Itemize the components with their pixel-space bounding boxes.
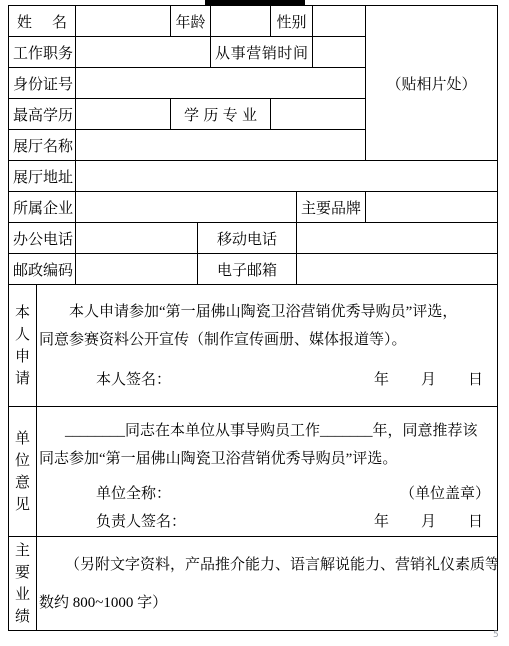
age-input[interactable] xyxy=(211,6,271,37)
unit-date-fields: 年 月 日 xyxy=(374,508,483,536)
application-form-page: 姓 名 年龄 性别 （贴相片处） 工作职务 从事营销时间 身份证号 最高学历 xyxy=(0,0,509,646)
showroom-address-input[interactable] xyxy=(76,161,498,192)
showroom-address-label: 展厅地址 xyxy=(9,161,76,192)
postal-code-input[interactable] xyxy=(76,254,198,285)
year-label[interactable]: 年 xyxy=(374,508,389,536)
manager-signature-label[interactable]: 负责人签名： xyxy=(96,508,186,536)
main-brands-label: 主要品牌 xyxy=(297,192,366,223)
major-input[interactable] xyxy=(271,99,366,130)
day-label[interactable]: 日 xyxy=(468,508,483,536)
id-number-label: 身份证号 xyxy=(9,68,76,99)
email-label: 电子邮箱 xyxy=(198,254,297,285)
unit-seal-label: （单位盖章） xyxy=(400,480,490,508)
job-title-label: 工作职务 xyxy=(9,37,76,68)
achievements-section-content[interactable]: （另附文字资料，产品推介能力、语言解说能力、营销礼仪素质等，字 数约 800~1… xyxy=(37,537,498,631)
email-input[interactable] xyxy=(297,254,498,285)
name-input[interactable] xyxy=(76,6,171,37)
gender-input[interactable] xyxy=(313,6,366,37)
personal-info-table: 姓 名 年龄 性别 （贴相片处） 工作职务 从事营销时间 身份证号 最高学历 xyxy=(8,5,498,285)
company-input[interactable] xyxy=(76,192,297,223)
row-phones: 办公电话 移动电话 xyxy=(9,223,498,254)
achievements-section-label: 主要业绩 xyxy=(9,537,37,631)
section-achievements: 主要业绩 （另附文字资料，产品推介能力、语言解说能力、营销礼仪素质等，字 数约 … xyxy=(9,537,498,631)
gender-label: 性别 xyxy=(271,6,313,37)
sections-table: 本人申请 本人申请参加“第一届佛山陶瓷卫浴营销优秀导购员”评选， 同意参赛资料公… xyxy=(8,284,498,631)
month-label[interactable]: 月 xyxy=(421,508,436,536)
job-title-input[interactable] xyxy=(76,37,211,68)
unit-section-label: 单位意见 xyxy=(9,407,37,537)
month-label[interactable]: 月 xyxy=(421,366,436,394)
day-label[interactable]: 日 xyxy=(468,366,483,394)
unit-statement-line1: ________同志在本单位从事导购员工作_______年，同意推荐该 xyxy=(39,407,495,445)
applicant-date-fields: 年 月 日 xyxy=(374,366,483,394)
unit-name-row: 单位全称： （单位盖章） xyxy=(39,480,495,508)
name-label: 姓 名 xyxy=(9,6,76,37)
id-number-input[interactable] xyxy=(76,68,366,99)
unit-manager-signature-row: 负责人签名： 年 月 日 xyxy=(39,508,495,536)
postal-code-label: 邮政编码 xyxy=(9,254,76,285)
mobile-phone-input[interactable] xyxy=(297,223,498,254)
major-label: 学历专业 xyxy=(171,99,271,130)
photo-area[interactable]: （贴相片处） xyxy=(366,6,498,161)
showroom-name-label: 展厅名称 xyxy=(9,130,76,161)
row-showroom-address: 展厅地址 xyxy=(9,161,498,192)
applicant-statement-line1: 本人申请参加“第一届佛山陶瓷卫浴营销优秀导购员”评选， xyxy=(39,285,495,326)
applicant-section-label: 本人申请 xyxy=(9,285,37,407)
education-label: 最高学历 xyxy=(9,99,76,130)
form-tables: 姓 名 年龄 性别 （贴相片处） 工作职务 从事营销时间 身份证号 最高学历 xyxy=(8,5,497,631)
main-brands-input[interactable] xyxy=(366,192,498,223)
row-company-brands: 所属企业 主要品牌 xyxy=(9,192,498,223)
education-input[interactable] xyxy=(76,99,171,130)
unit-statement-line2: 同志参加“第一届佛山陶瓷卫浴营销优秀导购员”评选。 xyxy=(39,445,495,473)
age-label: 年龄 xyxy=(171,6,211,37)
unit-section-content: ________同志在本单位从事导购员工作_______年，同意推荐该 同志参加… xyxy=(37,407,498,537)
applicant-section-content: 本人申请参加“第一届佛山陶瓷卫浴营销优秀导购员”评选， 同意参赛资料公开宣传（制… xyxy=(37,285,498,407)
achievements-note-line1: （另附文字资料，产品推介能力、语言解说能力、营销礼仪素质等，字 xyxy=(39,537,495,584)
section-unit-opinion: 单位意见 ________同志在本单位从事导购员工作_______年，同意推荐该… xyxy=(9,407,498,537)
row-postal-email: 邮政编码 电子邮箱 xyxy=(9,254,498,285)
page-corner-mark: 5 xyxy=(493,630,499,640)
section-applicant: 本人申请 本人申请参加“第一届佛山陶瓷卫浴营销优秀导购员”评选， 同意参赛资料公… xyxy=(9,285,498,407)
office-phone-input[interactable] xyxy=(76,223,198,254)
marketing-time-label: 从事营销时间 xyxy=(211,37,313,68)
company-label: 所属企业 xyxy=(9,192,76,223)
achievements-note-line2: 数约 800~1000 字） xyxy=(39,584,495,622)
showroom-name-input[interactable] xyxy=(76,130,366,161)
marketing-time-input[interactable] xyxy=(313,37,366,68)
applicant-statement-line2: 同意参赛资料公开宣传（制作宣传画册、媒体报道等）。 xyxy=(39,326,495,354)
unit-name-label[interactable]: 单位全称： xyxy=(96,480,171,508)
mobile-phone-label: 移动电话 xyxy=(198,223,297,254)
applicant-signature-label[interactable]: 本人签名： xyxy=(96,366,171,394)
year-label[interactable]: 年 xyxy=(374,366,389,394)
applicant-signature-row: 本人签名： 年 月 日 xyxy=(39,366,495,394)
row-name-age-gender: 姓 名 年龄 性别 （贴相片处） xyxy=(9,6,498,37)
office-phone-label: 办公电话 xyxy=(9,223,76,254)
